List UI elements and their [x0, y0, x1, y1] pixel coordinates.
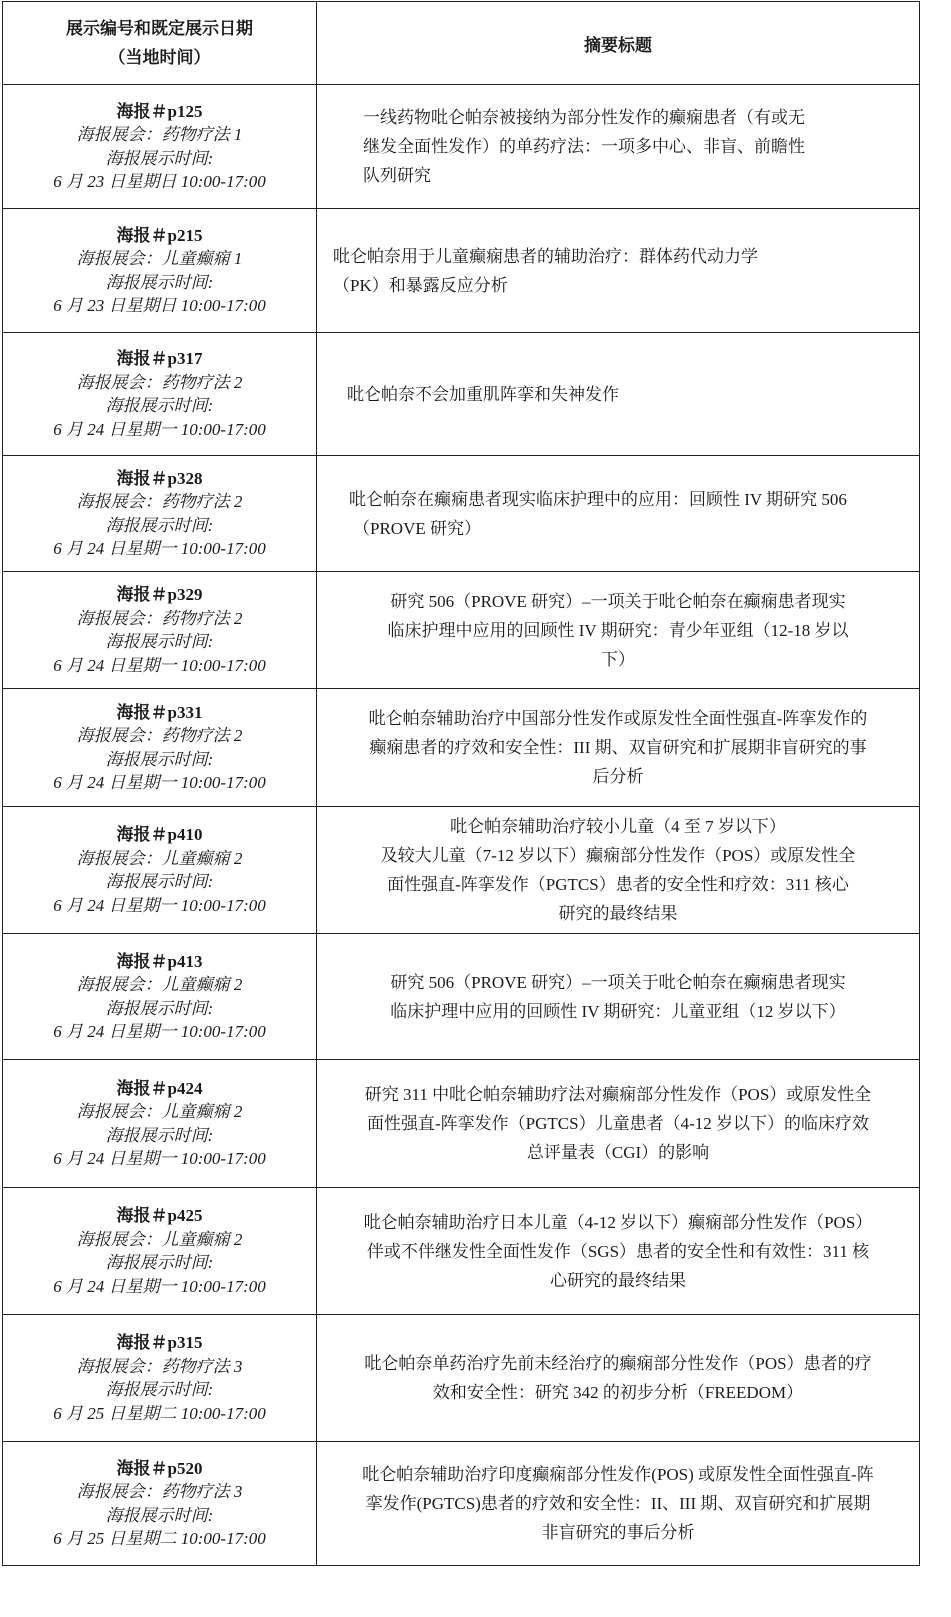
poster-info-cell: 海报＃p331海报展会：药物疗法 2海报展示时间:6 月 24 日星期一 10:… — [3, 689, 317, 807]
table-row: 海报＃p125海报展会：药物疗法 1海报展示时间:6 月 23 日星期日 10:… — [3, 85, 920, 209]
poster-id: 海报＃p331 — [3, 701, 316, 725]
abstract-title-line: 临床护理中应用的回顾性 IV 期研究：青少年亚组（12-18 岁以 — [317, 616, 919, 645]
poster-datetime: 6 月 24 日星期一 10:00-17:00 — [3, 537, 316, 561]
abstract-title-line: 吡仑帕奈辅助治疗较小儿童（4 至 7 岁以下） — [317, 812, 919, 841]
time-label: 海报展示时间: — [3, 1251, 316, 1275]
poster-info-cell: 海报＃p410海报展会：儿童癫痫 2海报展示时间:6 月 24 日星期一 10:… — [3, 807, 317, 934]
header-presentation-date: 展示编号和既定展示日期 （当地时间） — [3, 2, 317, 85]
abstract-title-line: 伴或不伴继发性全面性发作（SGS）患者的安全性和有效性：311 核 — [317, 1237, 919, 1266]
poster-datetime: 6 月 24 日星期一 10:00-17:00 — [3, 1020, 316, 1044]
time-label: 海报展示时间: — [3, 514, 316, 538]
abstract-title-line: 下） — [317, 645, 919, 674]
poster-datetime: 6 月 23 日星期日 10:00-17:00 — [3, 294, 316, 318]
abstract-title-line: 心研究的最终结果 — [317, 1266, 919, 1295]
abstract-title-line: 研究的最终结果 — [317, 899, 919, 928]
time-label: 海报展示时间: — [3, 748, 316, 772]
poster-info-cell: 海报＃p125海报展会：药物疗法 1海报展示时间:6 月 23 日星期日 10:… — [3, 85, 317, 209]
abstract-title-line: 非盲研究的事后分析 — [317, 1518, 919, 1547]
poster-session: 海报展会：药物疗法 2 — [3, 371, 316, 395]
poster-session: 海报展会：儿童癫痫 2 — [3, 1228, 316, 1252]
abstract-title-line: 吡仑帕奈在癫痫患者现实临床护理中的应用：回顾性 IV 期研究 506 — [349, 485, 919, 514]
poster-info-cell: 海报＃p329海报展会：药物疗法 2海报展示时间:6 月 24 日星期一 10:… — [3, 572, 317, 689]
abstract-title-line: 继发全面性发作）的单药疗法：一项多中心、非盲、前瞻性 — [363, 132, 919, 161]
abstract-title-line: （PROVE 研究） — [349, 514, 919, 543]
poster-datetime: 6 月 23 日星期日 10:00-17:00 — [3, 170, 316, 194]
abstract-title-cell: 研究 311 中吡仑帕奈辅助疗法对癫痫部分性发作（POS）或原发性全面性强直-阵… — [317, 1060, 920, 1188]
time-label: 海报展示时间: — [3, 870, 316, 894]
poster-session: 海报展会：药物疗法 1 — [3, 123, 316, 147]
poster-id: 海报＃p410 — [3, 823, 316, 847]
abstract-title-line: 总评量表（CGI）的影响 — [317, 1138, 919, 1167]
poster-id: 海报＃p424 — [3, 1077, 316, 1101]
abstract-title-cell: 吡仑帕奈辅助治疗日本儿童（4-12 岁以下）癫痫部分性发作（POS）伴或不伴继发… — [317, 1188, 920, 1315]
header-row: 展示编号和既定展示日期 （当地时间） 摘要标题 — [3, 2, 920, 85]
table-row: 海报＃p331海报展会：药物疗法 2海报展示时间:6 月 24 日星期一 10:… — [3, 689, 920, 807]
time-label: 海报展示时间: — [3, 630, 316, 654]
poster-info-cell: 海报＃p413海报展会：儿童癫痫 2海报展示时间:6 月 24 日星期一 10:… — [3, 934, 317, 1060]
table-row: 海报＃p215海报展会：儿童癫痫 1海报展示时间:6 月 23 日星期日 10:… — [3, 209, 920, 333]
abstract-title-line: 吡仑帕奈辅助治疗印度癫痫部分性发作(POS) 或原发性全面性强直-阵 — [317, 1460, 919, 1489]
poster-datetime: 6 月 24 日星期一 10:00-17:00 — [3, 771, 316, 795]
abstract-title-cell: 研究 506（PROVE 研究）–一项关于吡仑帕奈在癫痫患者现实临床护理中应用的… — [317, 572, 920, 689]
abstract-title-cell: 吡仑帕奈辅助治疗较小儿童（4 至 7 岁以下）及较大儿童（7-12 岁以下）癫痫… — [317, 807, 920, 934]
abstract-title-cell: 吡仑帕奈不会加重肌阵挛和失神发作 — [317, 333, 920, 456]
poster-info-cell: 海报＃p215海报展会：儿童癫痫 1海报展示时间:6 月 23 日星期日 10:… — [3, 209, 317, 333]
abstract-title-line: 效和安全性：研究 342 的初步分析（FREEDOM） — [317, 1378, 919, 1407]
poster-id: 海报＃p328 — [3, 467, 316, 491]
abstract-title-cell: 吡仑帕奈辅助治疗印度癫痫部分性发作(POS) 或原发性全面性强直-阵挛发作(PG… — [317, 1442, 920, 1566]
poster-info-cell: 海报＃p424海报展会：儿童癫痫 2海报展示时间:6 月 24 日星期一 10:… — [3, 1060, 317, 1188]
poster-datetime: 6 月 24 日星期一 10:00-17:00 — [3, 654, 316, 678]
abstract-title-cell: 吡仑帕奈用于儿童癫痫患者的辅助治疗：群体药代动力学（PK）和暴露反应分析 — [317, 209, 920, 333]
abstract-title-line: 队列研究 — [363, 161, 919, 190]
abstract-title-cell: 吡仑帕奈辅助治疗中国部分性发作或原发性全面性强直-阵挛发作的癫痫患者的疗效和安全… — [317, 689, 920, 807]
poster-id: 海报＃p520 — [3, 1457, 316, 1481]
abstract-title-line: 癫痫患者的疗效和安全性：III 期、双盲研究和扩展期非盲研究的事 — [317, 733, 919, 762]
time-label: 海报展示时间: — [3, 997, 316, 1021]
abstract-title-line: （PK）和暴露反应分析 — [333, 271, 919, 300]
poster-datetime: 6 月 24 日星期一 10:00-17:00 — [3, 1147, 316, 1171]
poster-id: 海报＃p413 — [3, 950, 316, 974]
abstract-title-cell: 研究 506（PROVE 研究）–一项关于吡仑帕奈在癫痫患者现实临床护理中应用的… — [317, 934, 920, 1060]
header-col1-line1: 展示编号和既定展示日期 — [3, 14, 316, 43]
table-row: 海报＃p413海报展会：儿童癫痫 2海报展示时间:6 月 24 日星期一 10:… — [3, 934, 920, 1060]
table-row: 海报＃p328海报展会：药物疗法 2海报展示时间:6 月 24 日星期一 10:… — [3, 456, 920, 572]
abstract-title-line: 一线药物吡仑帕奈被接纳为部分性发作的癫痫患者（有或无 — [363, 103, 919, 132]
poster-datetime: 6 月 25 日星期二 10:00-17:00 — [3, 1402, 316, 1426]
poster-id: 海报＃p425 — [3, 1204, 316, 1228]
time-label: 海报展示时间: — [3, 271, 316, 295]
poster-id: 海报＃p215 — [3, 224, 316, 248]
time-label: 海报展示时间: — [3, 1124, 316, 1148]
poster-id: 海报＃p329 — [3, 583, 316, 607]
poster-session: 海报展会：儿童癫痫 2 — [3, 847, 316, 871]
poster-info-cell: 海报＃p520海报展会：药物疗法 3海报展示时间:6 月 25 日星期二 10:… — [3, 1442, 317, 1566]
poster-session: 海报展会：药物疗法 2 — [3, 607, 316, 631]
poster-id: 海报＃p315 — [3, 1331, 316, 1355]
poster-id: 海报＃p317 — [3, 347, 316, 371]
poster-session: 海报展会：药物疗法 3 — [3, 1355, 316, 1379]
table-row: 海报＃p425海报展会：儿童癫痫 2海报展示时间:6 月 24 日星期一 10:… — [3, 1188, 920, 1315]
poster-info-cell: 海报＃p328海报展会：药物疗法 2海报展示时间:6 月 24 日星期一 10:… — [3, 456, 317, 572]
table-row: 海报＃p520海报展会：药物疗法 3海报展示时间:6 月 25 日星期二 10:… — [3, 1442, 920, 1566]
poster-datetime: 6 月 24 日星期一 10:00-17:00 — [3, 894, 316, 918]
poster-session: 海报展会：儿童癫痫 1 — [3, 247, 316, 271]
poster-info-cell: 海报＃p425海报展会：儿童癫痫 2海报展示时间:6 月 24 日星期一 10:… — [3, 1188, 317, 1315]
abstract-title-line: 面性强直-阵挛发作（PGTCS）儿童患者（4-12 岁以下）的临床疗效 — [317, 1109, 919, 1138]
poster-datetime: 6 月 24 日星期一 10:00-17:00 — [3, 418, 316, 442]
abstract-title-line: 研究 506（PROVE 研究）–一项关于吡仑帕奈在癫痫患者现实 — [317, 587, 919, 616]
abstract-title-line: 挛发作(PGTCS)患者的疗效和安全性：II、III 期、双盲研究和扩展期 — [317, 1489, 919, 1518]
poster-id: 海报＃p125 — [3, 100, 316, 124]
poster-session: 海报展会：药物疗法 3 — [3, 1480, 316, 1504]
poster-session: 海报展会：药物疗法 2 — [3, 490, 316, 514]
time-label: 海报展示时间: — [3, 147, 316, 171]
abstract-title-cell: 吡仑帕奈单药治疗先前未经治疗的癫痫部分性发作（POS）患者的疗效和安全性：研究 … — [317, 1315, 920, 1442]
poster-session: 海报展会：药物疗法 2 — [3, 724, 316, 748]
header-abstract-title: 摘要标题 — [317, 2, 920, 85]
abstract-title-line: 研究 311 中吡仑帕奈辅助疗法对癫痫部分性发作（POS）或原发性全 — [317, 1080, 919, 1109]
poster-schedule-table: 展示编号和既定展示日期 （当地时间） 摘要标题 海报＃p125海报展会：药物疗法… — [2, 1, 920, 1566]
poster-datetime: 6 月 25 日星期二 10:00-17:00 — [3, 1527, 316, 1551]
table-row: 海报＃p317海报展会：药物疗法 2海报展示时间:6 月 24 日星期一 10:… — [3, 333, 920, 456]
abstract-title-line: 吡仑帕奈辅助治疗日本儿童（4-12 岁以下）癫痫部分性发作（POS） — [317, 1208, 919, 1237]
abstract-title-line: 后分析 — [317, 762, 919, 791]
abstract-title-line: 研究 506（PROVE 研究）–一项关于吡仑帕奈在癫痫患者现实 — [317, 968, 919, 997]
abstract-title-cell: 一线药物吡仑帕奈被接纳为部分性发作的癫痫患者（有或无继发全面性发作）的单药疗法：… — [317, 85, 920, 209]
table-row: 海报＃p329海报展会：药物疗法 2海报展示时间:6 月 24 日星期一 10:… — [3, 572, 920, 689]
poster-datetime: 6 月 24 日星期一 10:00-17:00 — [3, 1275, 316, 1299]
time-label: 海报展示时间: — [3, 1504, 316, 1528]
header-col1-line2: （当地时间） — [3, 43, 316, 72]
abstract-title-line: 吡仑帕奈单药治疗先前未经治疗的癫痫部分性发作（POS）患者的疗 — [317, 1349, 919, 1378]
abstract-title-line: 吡仑帕奈不会加重肌阵挛和失神发作 — [347, 380, 919, 409]
poster-info-cell: 海报＃p315海报展会：药物疗法 3海报展示时间:6 月 25 日星期二 10:… — [3, 1315, 317, 1442]
abstract-title-line: 临床护理中应用的回顾性 IV 期研究：儿童亚组（12 岁以下） — [317, 997, 919, 1026]
abstract-title-line: 吡仑帕奈用于儿童癫痫患者的辅助治疗：群体药代动力学 — [333, 242, 919, 271]
abstract-title-line: 面性强直-阵挛发作（PGTCS）患者的安全性和疗效：311 核心 — [317, 870, 919, 899]
abstract-title-line: 及较大儿童（7-12 岁以下）癫痫部分性发作（POS）或原发性全 — [317, 841, 919, 870]
abstract-title-line: 吡仑帕奈辅助治疗中国部分性发作或原发性全面性强直-阵挛发作的 — [317, 704, 919, 733]
poster-session: 海报展会：儿童癫痫 2 — [3, 1100, 316, 1124]
table-body: 海报＃p125海报展会：药物疗法 1海报展示时间:6 月 23 日星期日 10:… — [3, 85, 920, 1566]
table-row: 海报＃p424海报展会：儿童癫痫 2海报展示时间:6 月 24 日星期一 10:… — [3, 1060, 920, 1188]
poster-session: 海报展会：儿童癫痫 2 — [3, 973, 316, 997]
table-row: 海报＃p315海报展会：药物疗法 3海报展示时间:6 月 25 日星期二 10:… — [3, 1315, 920, 1442]
table-row: 海报＃p410海报展会：儿童癫痫 2海报展示时间:6 月 24 日星期一 10:… — [3, 807, 920, 934]
time-label: 海报展示时间: — [3, 1378, 316, 1402]
poster-info-cell: 海报＃p317海报展会：药物疗法 2海报展示时间:6 月 24 日星期一 10:… — [3, 333, 317, 456]
abstract-title-cell: 吡仑帕奈在癫痫患者现实临床护理中的应用：回顾性 IV 期研究 506（PROVE… — [317, 456, 920, 572]
time-label: 海报展示时间: — [3, 394, 316, 418]
